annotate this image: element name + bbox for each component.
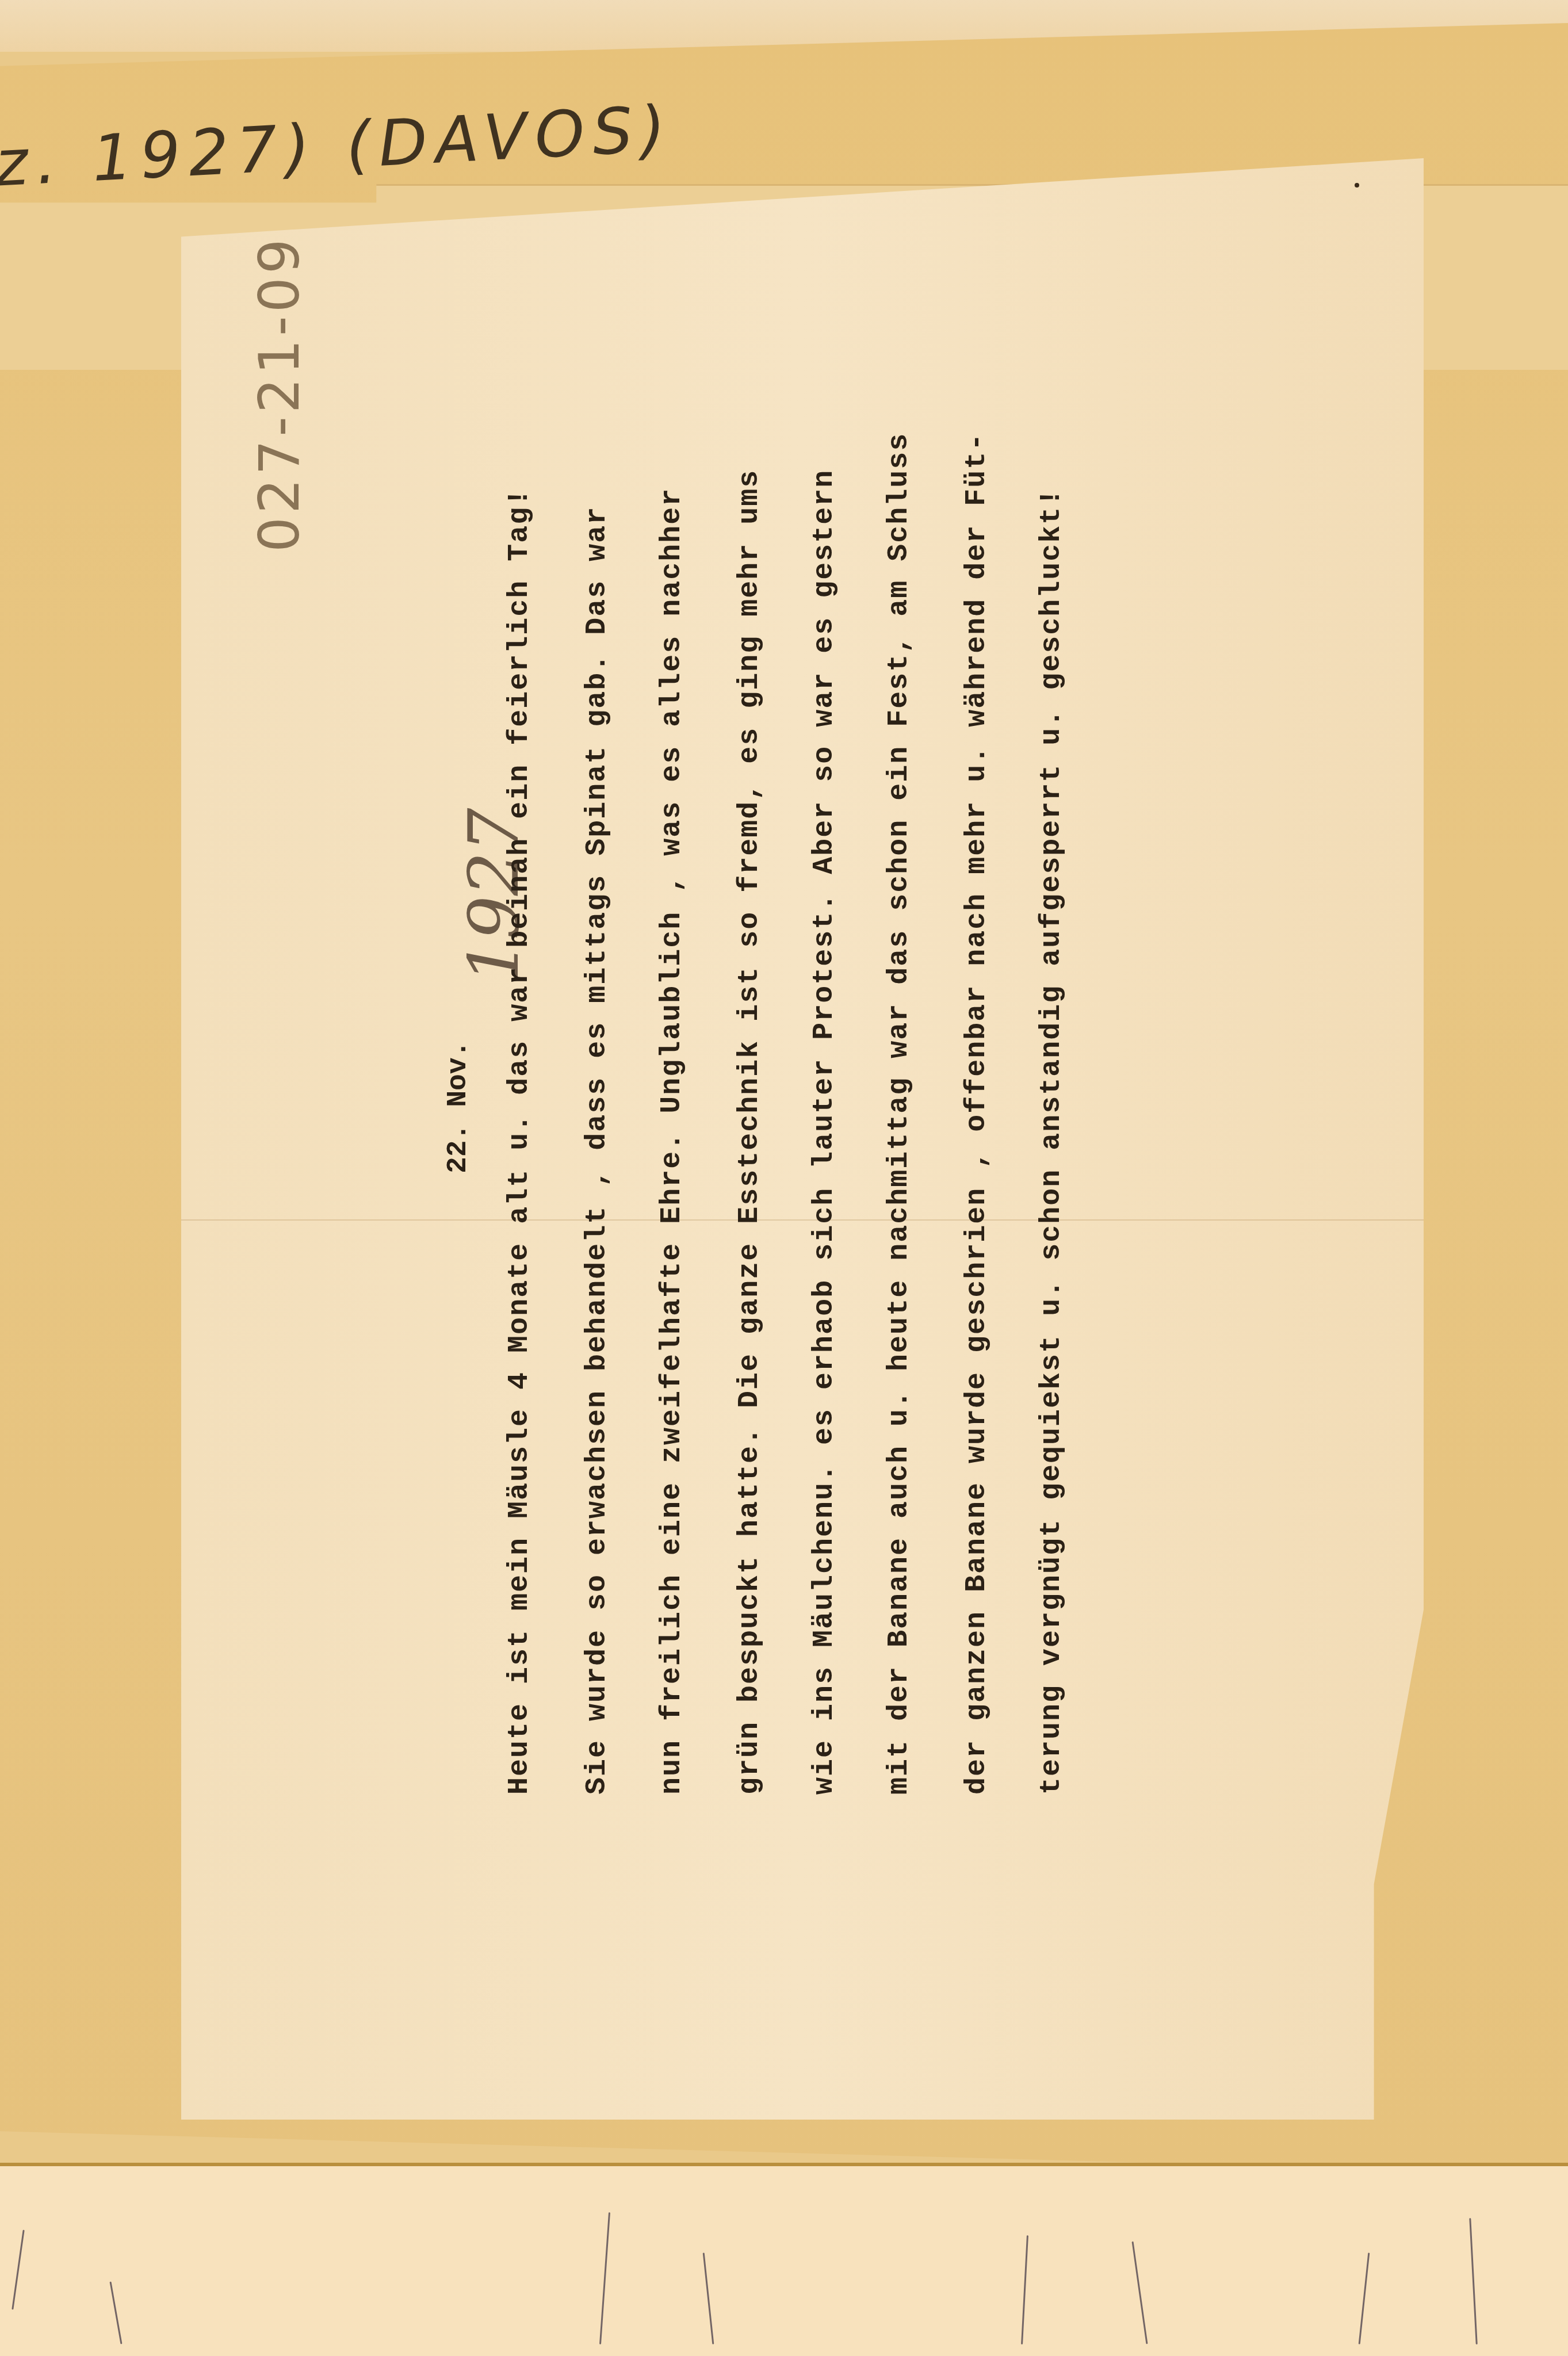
handwriting-stroke — [12, 2229, 24, 2309]
handwriting-stroke — [1021, 2235, 1028, 2344]
handwriting-stroke — [1469, 2218, 1478, 2344]
text-line: mit der Banane auch u. heute nachmittag … — [883, 433, 916, 1795]
typed-letter-page — [181, 158, 1424, 2120]
text-line: wie ins Mäulchenu. es erhaob sich lauter… — [808, 469, 841, 1795]
paper-mark — [1355, 183, 1359, 188]
text-line: nun freilich eine zweifelhafte Ehre. Ung… — [656, 488, 689, 1795]
handwritten-page-below — [0, 2163, 1568, 2356]
typed-date: 22. Nov. — [443, 1041, 474, 1173]
text-line: Sie wurde so erwachsen behandelt , dass … — [581, 506, 614, 1795]
handwriting-stroke — [109, 2282, 122, 2344]
handwriting-stroke — [1359, 2252, 1370, 2344]
text-line: terung vergnügt gequiekst u. schon ansta… — [1035, 488, 1068, 1795]
text-line: Heute ist mein Mäusle 4 Monate alt u. da… — [503, 488, 536, 1795]
handwriting-stroke — [599, 2212, 610, 2344]
text-line: der ganzen Banane wurde geschrien , offe… — [961, 433, 993, 1795]
archive-id-note: 027-21-09 — [247, 235, 312, 552]
handwriting-stroke — [703, 2252, 714, 2344]
text-line: grün bespuckt hatte. Die ganze Esstechni… — [733, 469, 766, 1795]
handwriting-stroke — [1131, 2242, 1148, 2344]
paper-fold-crease — [181, 1219, 1424, 1221]
